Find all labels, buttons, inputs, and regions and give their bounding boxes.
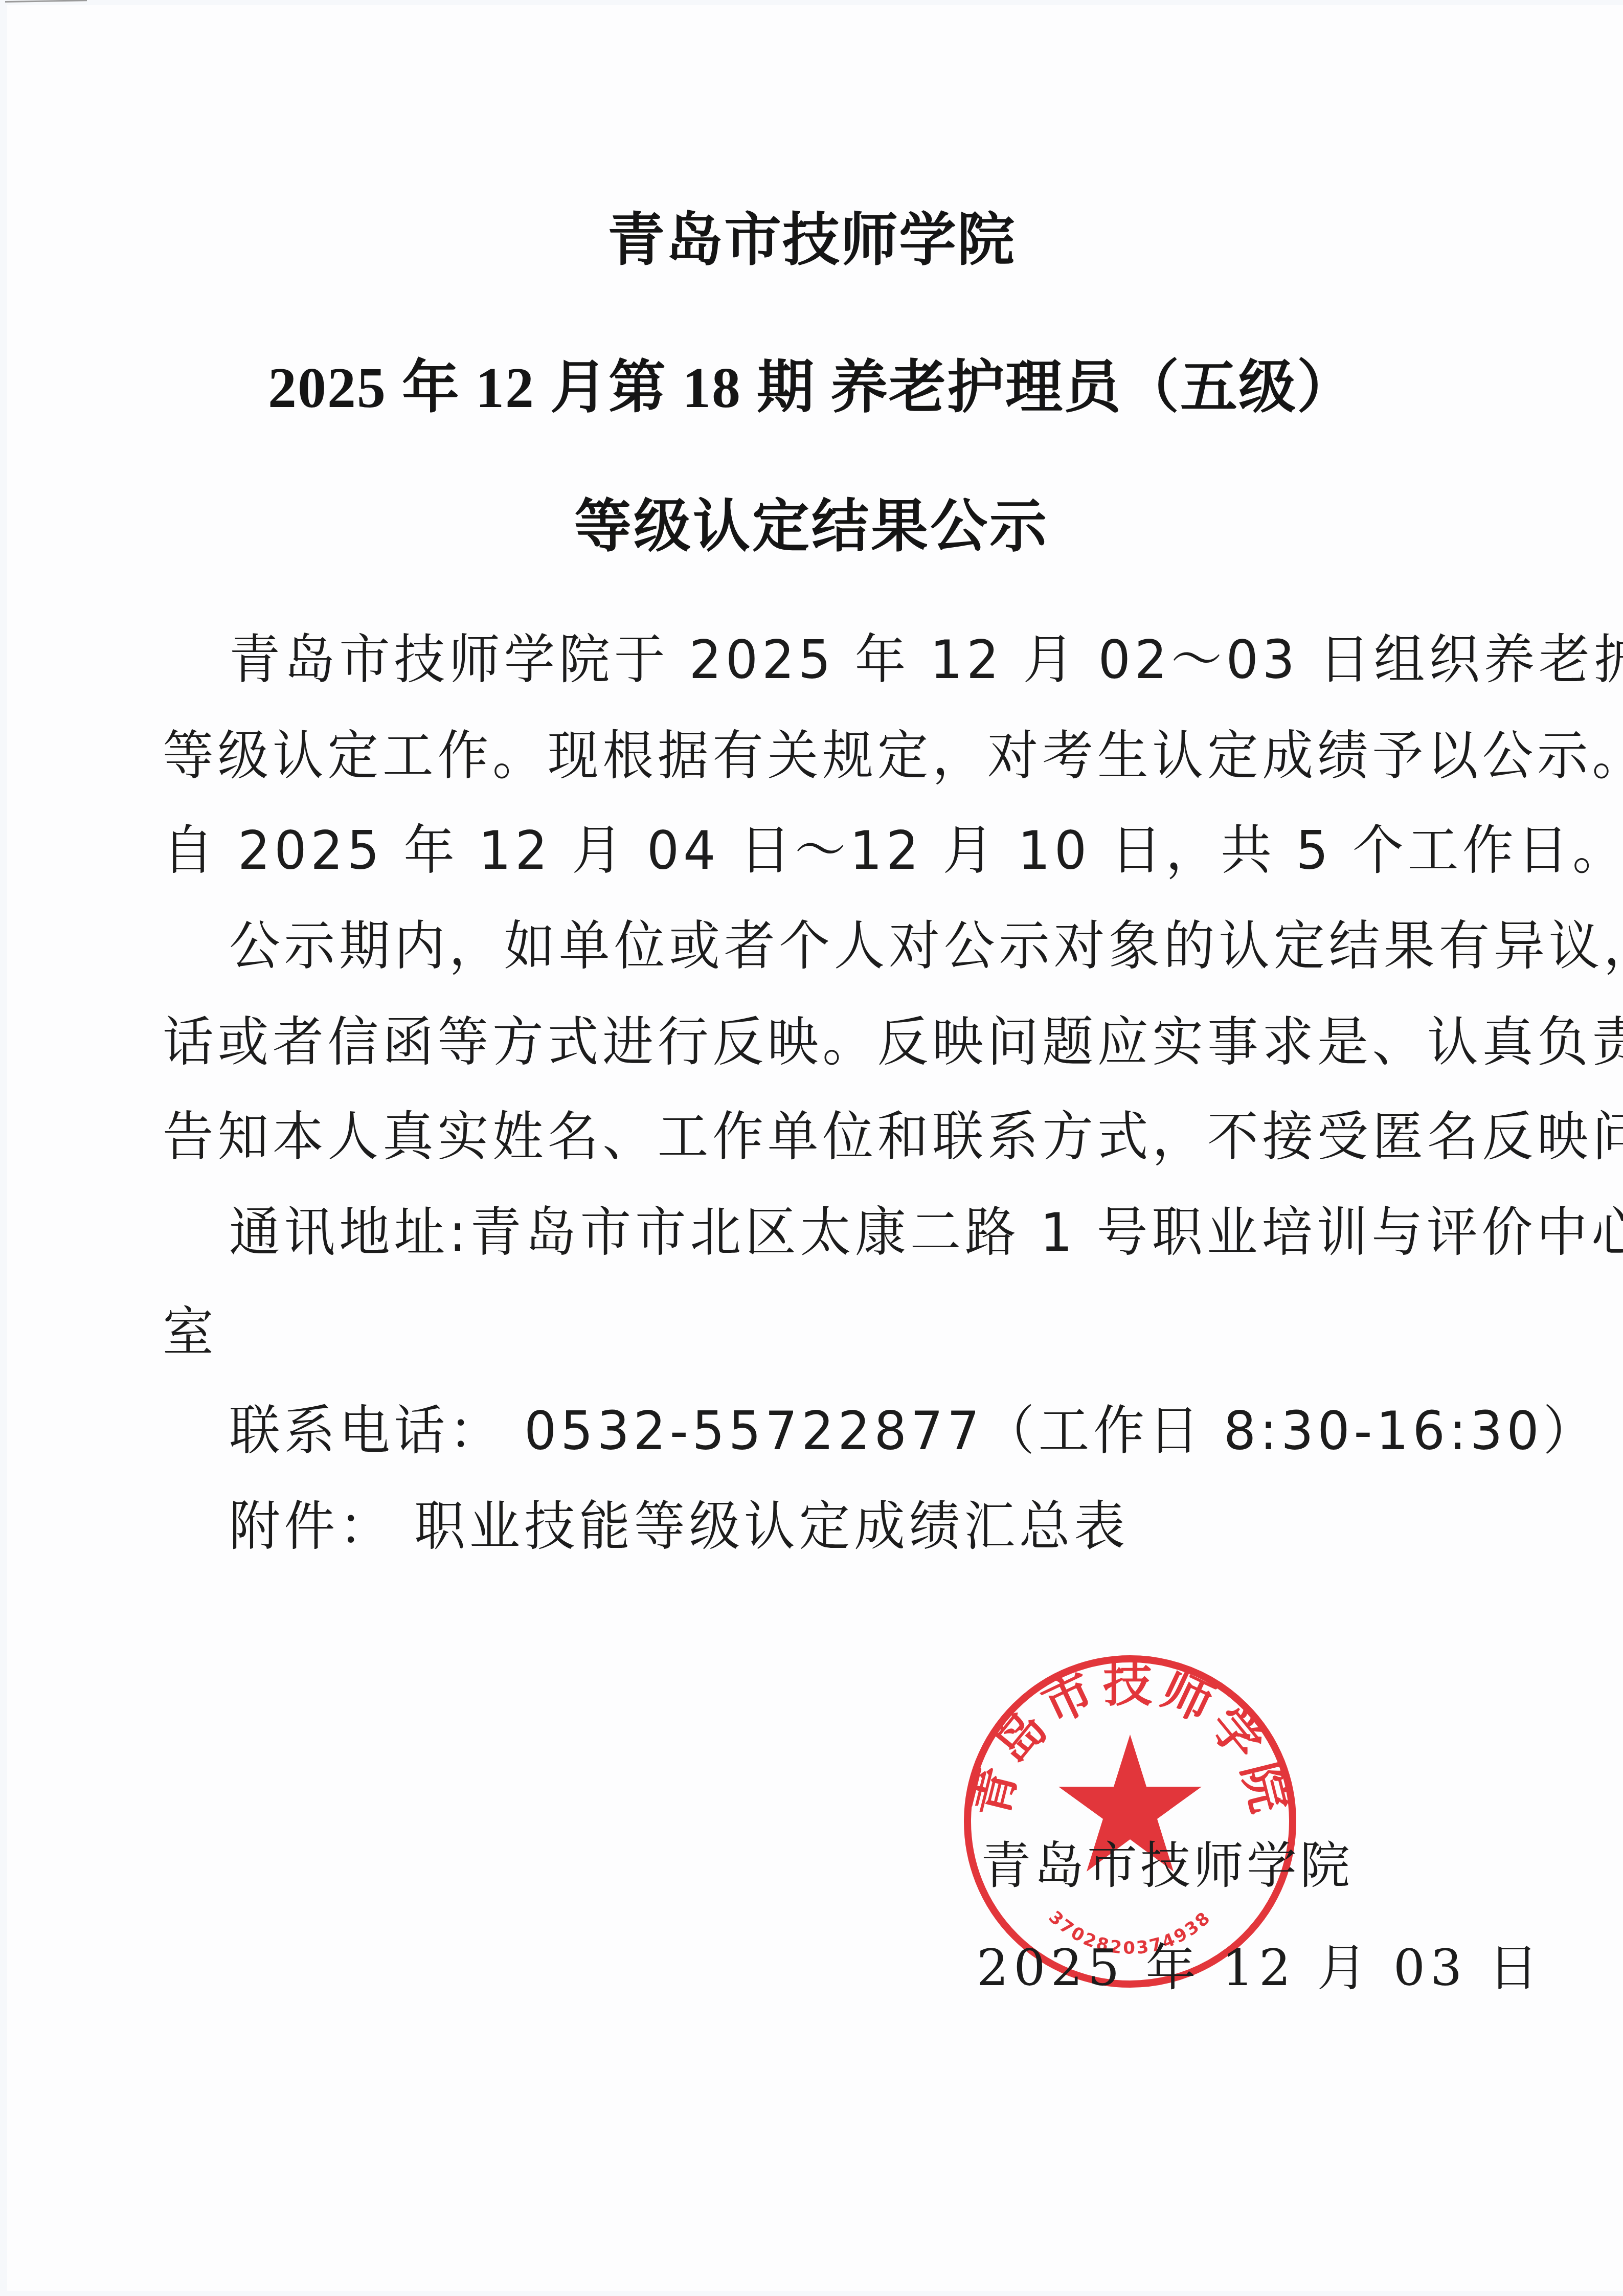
address-line-1: 通讯地址:青岛市市北区太康二路 1 号职业培训与评价中心 201 办公 [229,1202,1520,1263]
attachment-line: 附件： 职业技能等级认定成绩汇总表 [229,1496,1520,1557]
paragraph-2-line-2: 话或者信函等方式进行反映。反映问题应实事求是、认真负责，同时需 [163,1011,1454,1073]
paragraph-2-line-3: 告知本人真实姓名、工作单位和联系方式，不接受匿名反映问题。 [163,1106,1454,1167]
document-title-subject: 等级认定结果公示 [0,481,1623,563]
paragraph-1-line-1: 青岛市技师学院于 2025 年 12 月 02～03 日组织养老护理员（五级） [229,629,1520,690]
signature-date: 2025 年 12 月 03 日 [977,1928,1544,2000]
document-title-session: 2025 年 12 月第 18 期 养老护理员（五级） [0,342,1623,424]
contact-phone: 联系电话： 0532-55722877（工作日 8:30-16:30） [229,1400,1520,1461]
paragraph-1-line-3: 自 2025 年 12 月 04 日～12 月 10 日，共 5 个工作日。 [163,820,1454,881]
paragraph-1-line-2: 等级认定工作。现根据有关规定，对考生认定成绩予以公示。公示时间 [163,725,1454,786]
paragraph-2-line-1: 公示期内，如单位或者个人对公示对象的认定结果有异议，可通过电 [229,915,1520,977]
address-line-2: 室 [163,1301,1454,1363]
document-title-org: 青岛市技师学院 [0,194,1623,277]
scan-edge-mark [5,0,87,3]
signature-organization: 青岛市技师学院 [981,1826,1353,1898]
